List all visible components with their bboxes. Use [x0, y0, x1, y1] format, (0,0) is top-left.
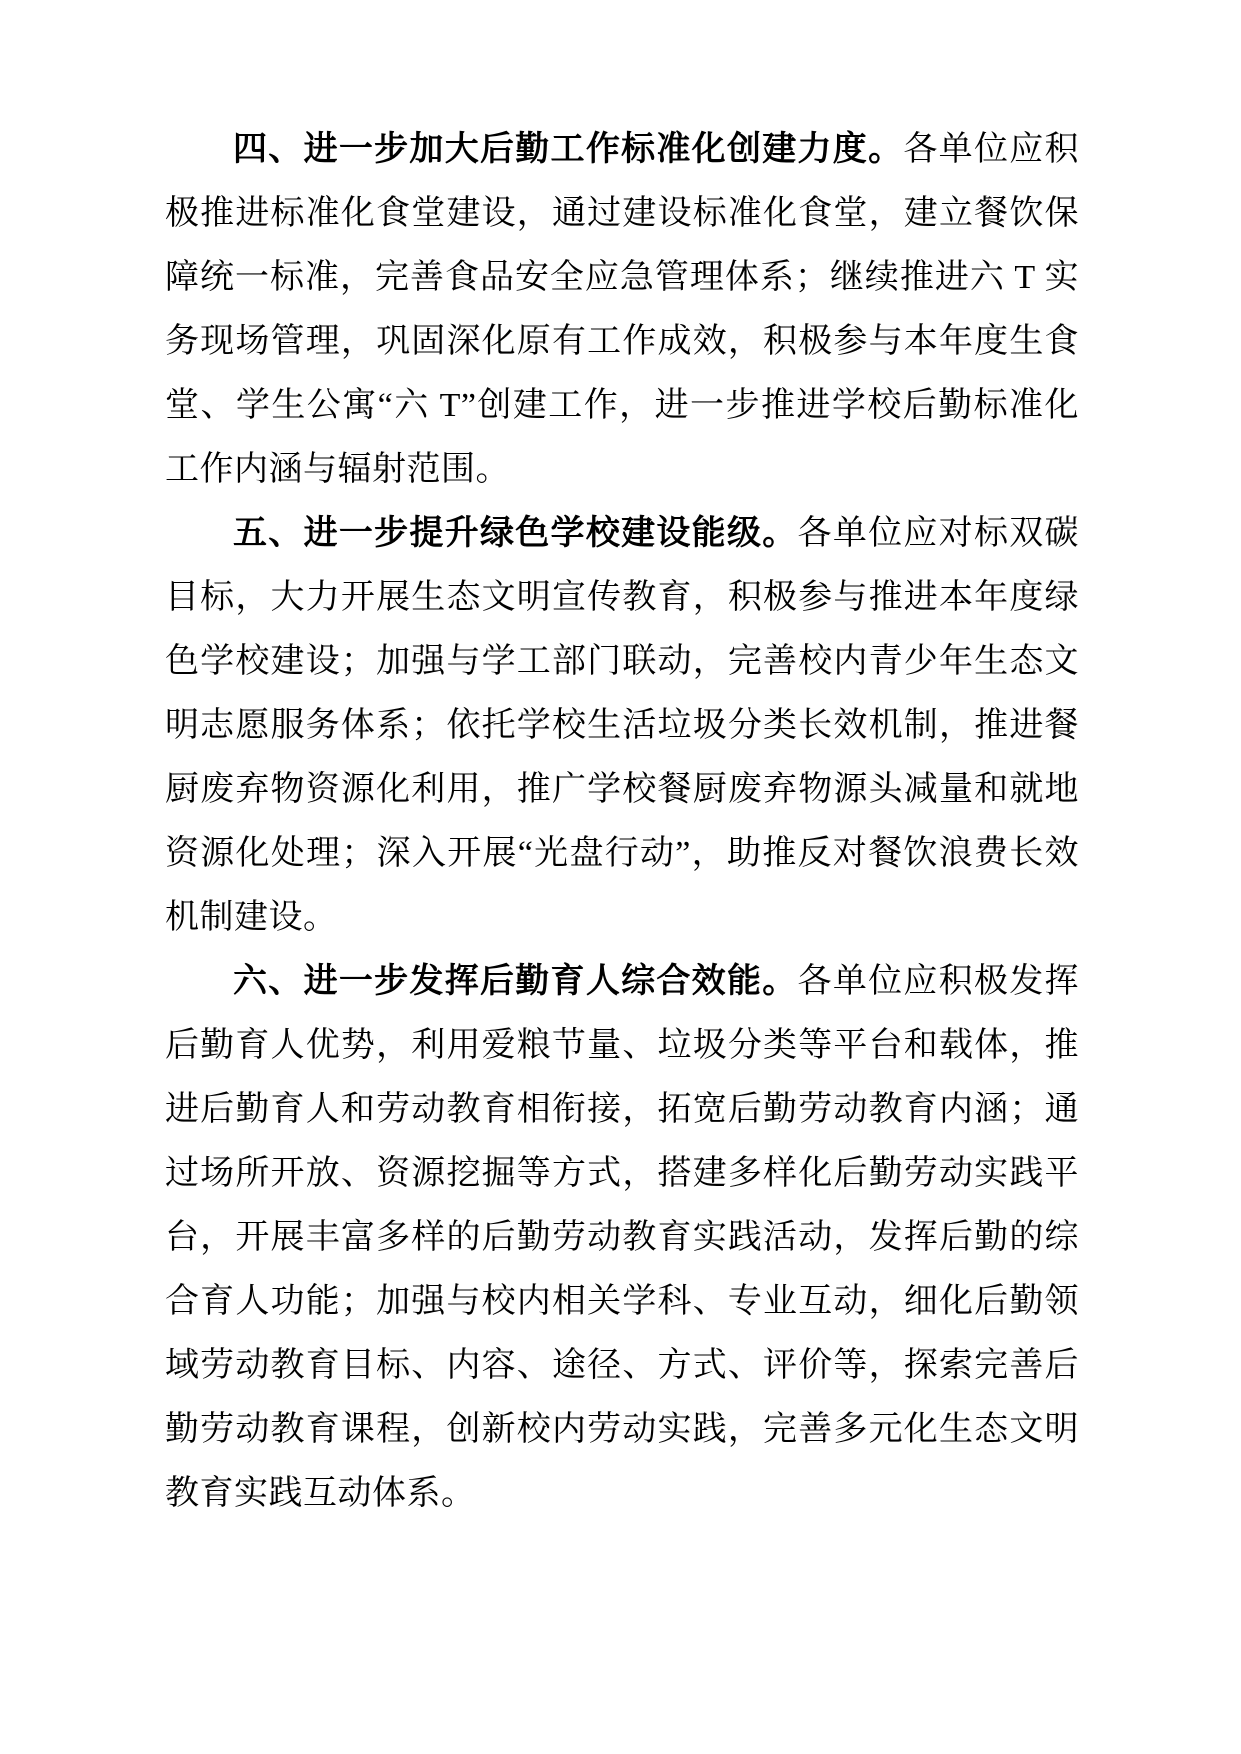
paragraph-6-heading: 六、进一步发挥后勤育人综合效能。 [233, 963, 798, 1000]
paragraph-5: 五、进一步提升绿色学校建设能级。各单位应对标双碳目标，大力开展生态文明宣传教育，… [165, 502, 1079, 950]
paragraph-5-heading: 五、进一步提升绿色学校建设能级。 [233, 515, 798, 552]
paragraph-4-body: 各单位应积极推进标准化食堂建设，通过建设标准化食堂，建立餐饮保障统一标准，完善食… [165, 131, 1079, 488]
document-page: 四、进一步加大后勤工作标准化创建力度。各单位应积极推进标准化食堂建设，通过建设标… [0, 0, 1241, 1754]
paragraph-4: 四、进一步加大后勤工作标准化创建力度。各单位应积极推进标准化食堂建设，通过建设标… [165, 118, 1079, 502]
paragraph-5-body: 各单位应对标双碳目标，大力开展生态文明宣传教育，积极参与推进本年度绿色学校建设；… [165, 515, 1079, 936]
paragraph-6-body: 各单位应积极发挥后勤育人优势，利用爱粮节量、垃圾分类等平台和载体，推进后勤育人和… [165, 963, 1079, 1512]
paragraph-6: 六、进一步发挥后勤育人综合效能。各单位应积极发挥后勤育人优势，利用爱粮节量、垃圾… [165, 950, 1079, 1526]
paragraph-4-heading: 四、进一步加大后勤工作标准化创建力度。 [233, 131, 903, 168]
